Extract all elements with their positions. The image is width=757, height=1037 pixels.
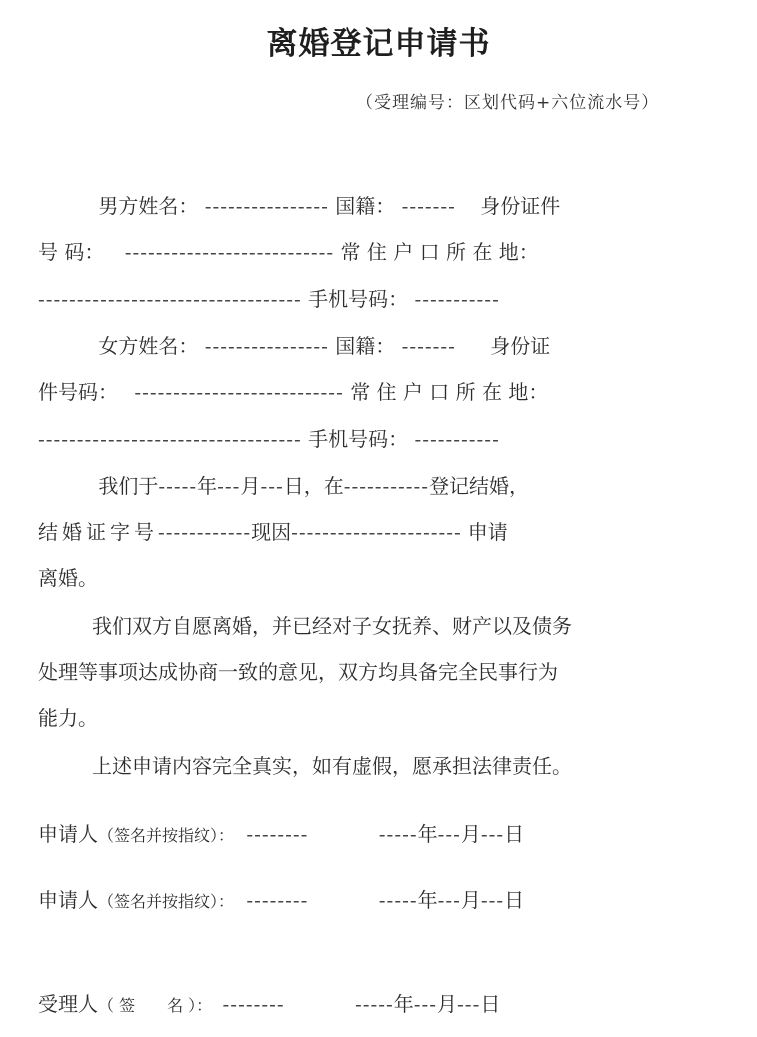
registered-label: 登记结婚， [429, 474, 529, 498]
female-name-label: 女方姓名： [98, 334, 198, 358]
male-phone-field[interactable]: ----------- [414, 287, 499, 311]
male-id-label: 身份证件 [480, 194, 560, 218]
day-label: 日 [504, 888, 524, 912]
signature-row-applicant-2: 申请人（签名并按指纹）： -------- -----年---月---日 [38, 884, 733, 913]
male-residence-field[interactable]: ---------------------------------- [38, 287, 302, 311]
document-title: 离婚登记申请书 [0, 18, 757, 63]
reason-label: 现因 [251, 520, 291, 544]
declaration-line: 上述申请内容完全真实，如有虚假，愿承担法律责任。 [38, 750, 733, 779]
signature-row-registrar: 受理人（ 签 名 ）： -------- -----年---月---日 [38, 988, 733, 1017]
marriage-divorce-row: 离婚。 [38, 562, 733, 591]
year-label: 年 [418, 822, 438, 846]
day-label: 日 [504, 822, 524, 846]
month-label: 月 [437, 992, 457, 1016]
applicant-1-year-field[interactable]: ----- [379, 822, 418, 846]
month-label: 月 [461, 888, 481, 912]
day-label: 日，在 [284, 474, 344, 498]
marriage-date-row: 我们于-----年---月---日，在-----------登记结婚， [38, 470, 733, 499]
registrar-paren: （ 签 名 ）： [98, 996, 212, 1015]
registrar-month-field[interactable]: --- [414, 992, 437, 1016]
male-name-field[interactable]: ---------------- [205, 194, 329, 218]
female-nationality-field[interactable]: ------- [402, 334, 456, 358]
month-label: 月 [240, 474, 260, 498]
cert-number-field[interactable]: ------------ [158, 520, 251, 544]
declaration-text: 上述申请内容完全真实，如有虚假，愿承担法律责任。 [92, 754, 572, 778]
year-label: 年 [394, 992, 414, 1016]
female-residence-field[interactable]: ---------------------------------- [38, 427, 302, 451]
agreement-text: 处理等事项达成协商一致的意见，双方均具备完全民事行为 [38, 660, 558, 684]
female-id-field[interactable]: --------------------------- [134, 380, 343, 404]
month-label: 月 [461, 822, 481, 846]
agreement-line-2: 处理等事项达成协商一致的意见，双方均具备完全民事行为 [38, 656, 733, 685]
registrar-year-field[interactable]: ----- [355, 992, 394, 1016]
apply-label: 申请 [468, 520, 508, 544]
applicant-2-year-field[interactable]: ----- [379, 888, 418, 912]
year-label: 年 [197, 474, 217, 498]
agreement-line-1: 我们双方自愿离婚，并已经对子女抚养、财产以及债务 [38, 610, 733, 639]
agreement-line-3: 能力。 [38, 702, 733, 731]
male-id-label-cont: 号 码： [38, 240, 104, 264]
applicant-1-day-field[interactable]: --- [481, 822, 504, 846]
day-label: 日 [480, 992, 500, 1016]
female-name-row: 女方姓名： ---------------- 国籍： ------- 身份证 [38, 330, 733, 359]
applicant-paren: （签名并按指纹）： [98, 826, 234, 845]
female-phone-label: 手机号码： [308, 427, 408, 451]
marriage-place-field[interactable]: ----------- [344, 474, 429, 498]
male-id-field[interactable]: --------------------------- [125, 240, 334, 264]
female-nationality-label: 国籍： [335, 334, 395, 358]
female-id-row: 件号码： --------------------------- 常 住 户 口… [38, 376, 733, 405]
marriage-text: 我们于 [98, 474, 158, 498]
female-id-label: 身份证 [490, 334, 550, 358]
document-subtitle: （受理编号：区划代码+六位流水号） [356, 88, 659, 113]
applicant-2-month-field[interactable]: --- [438, 888, 461, 912]
applicant-2-day-field[interactable]: --- [481, 888, 504, 912]
agreement-text: 能力。 [38, 706, 98, 730]
cert-label: 结婚证字号 [38, 520, 158, 544]
male-nationality-label: 国籍： [335, 194, 395, 218]
registrar-day-field[interactable]: --- [457, 992, 480, 1016]
divorce-label: 离婚。 [38, 566, 98, 590]
female-residence-label: 常 住 户 口 所 在 地： [350, 380, 548, 404]
female-phone-field[interactable]: ----------- [414, 427, 499, 451]
male-name-row: 男方姓名： ---------------- 国籍： ------- 身份证件 [38, 190, 733, 219]
female-id-label-cont: 件号码： [38, 380, 118, 404]
reason-field[interactable]: ---------------------- [291, 520, 462, 544]
male-residence-label: 常 住 户 口 所 在 地： [341, 240, 539, 264]
male-phone-label: 手机号码： [308, 287, 408, 311]
applicant-label: 申请人 [38, 888, 98, 912]
marriage-day-field[interactable]: --- [260, 474, 283, 498]
female-name-field[interactable]: ---------------- [205, 334, 329, 358]
male-nationality-field[interactable]: ------- [402, 194, 456, 218]
applicant-label: 申请人 [38, 822, 98, 846]
applicant-1-signature-field[interactable]: -------- [246, 822, 308, 846]
signature-row-applicant-1: 申请人（签名并按指纹）： -------- -----年---月---日 [38, 818, 733, 847]
male-name-label: 男方姓名： [98, 194, 198, 218]
marriage-month-field[interactable]: --- [217, 474, 240, 498]
applicant-1-month-field[interactable]: --- [438, 822, 461, 846]
agreement-text: 我们双方自愿离婚，并已经对子女抚养、财产以及债务 [92, 614, 572, 638]
year-label: 年 [418, 888, 438, 912]
applicant-2-signature-field[interactable]: -------- [246, 888, 308, 912]
registrar-label: 受理人 [38, 992, 98, 1016]
applicant-paren: （签名并按指纹）： [98, 892, 234, 911]
marriage-year-field[interactable]: ----- [158, 474, 197, 498]
male-id-row: 号 码： --------------------------- 常 住 户 口… [38, 236, 733, 265]
male-residence-row: ---------------------------------- 手机号码：… [38, 283, 733, 312]
marriage-cert-row: 结婚证字号------------现因---------------------… [38, 516, 733, 545]
female-residence-row: ---------------------------------- 手机号码：… [38, 423, 733, 452]
registrar-signature-field[interactable]: -------- [223, 992, 285, 1016]
